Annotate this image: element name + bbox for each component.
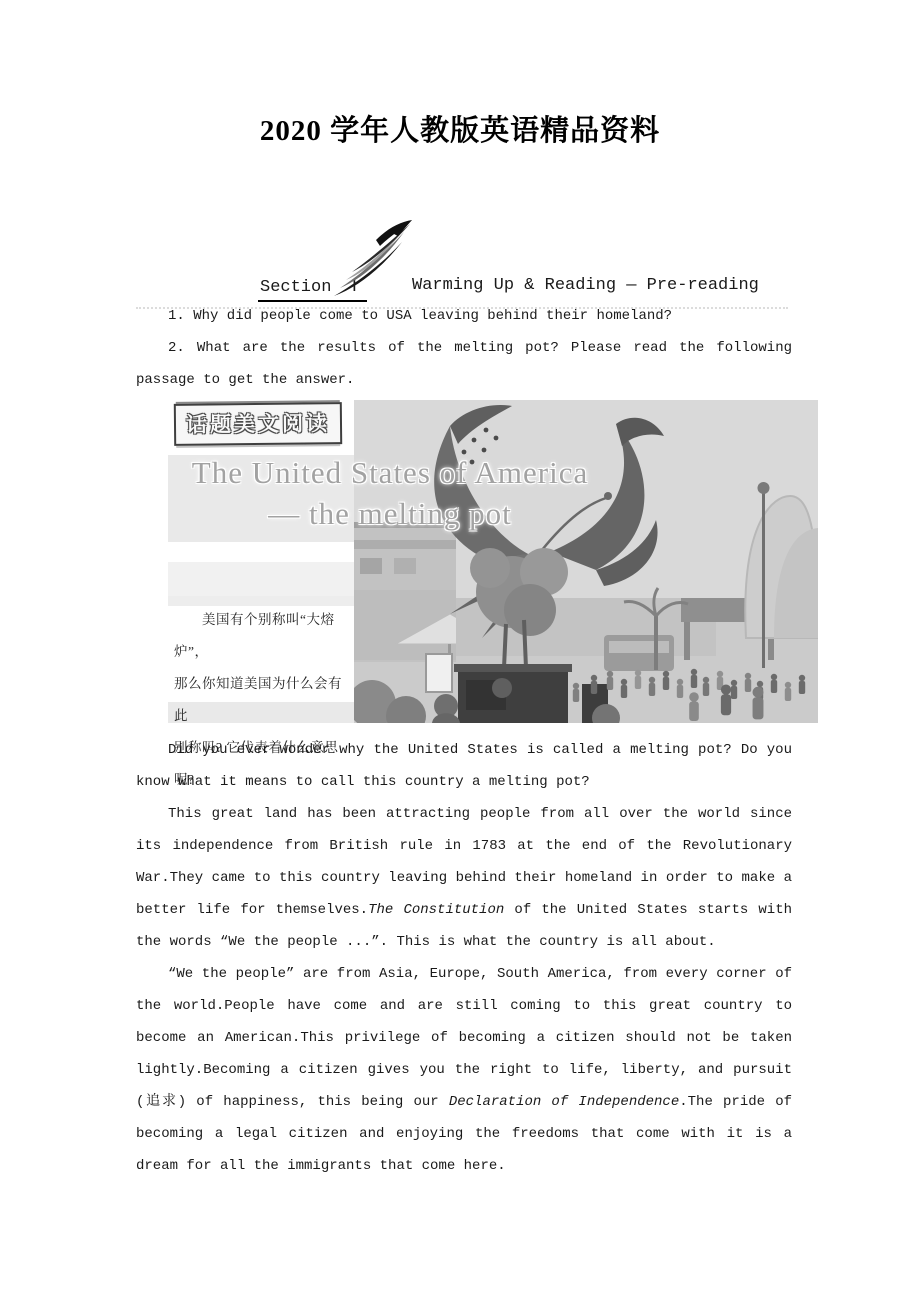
passage: Did you ever wonder why the United State… bbox=[136, 734, 792, 1182]
section-title: Warming Up & Reading — Pre-reading bbox=[412, 276, 759, 295]
document-page: 2020 学年人教版英语精品资料 Section Ⅰ Warming Up & … bbox=[0, 0, 920, 1302]
brush-swoosh-icon bbox=[332, 220, 412, 298]
street-scene-with-crab-sculpture-photo bbox=[354, 400, 818, 723]
reading-card-left-panel: 话题美文阅读 美国有个别称叫“大熔炉”，那么你知道美国为什么会有此别称吗? 它代… bbox=[168, 400, 354, 723]
card-title-line1: The United States of America bbox=[170, 452, 610, 493]
passage-paragraph: This great land has been attracting peop… bbox=[136, 798, 792, 958]
topic-badge: 话题美文阅读 bbox=[174, 402, 342, 446]
pre-reading-questions: 1. Why did people come to USA leaving be… bbox=[136, 300, 792, 396]
chinese-prompt-line: 美国有个别称叫“大熔炉”， bbox=[174, 604, 350, 668]
passage-paragraph: “We the people” are from Asia, Europe, S… bbox=[136, 958, 792, 1182]
doc-title: 2020 学年人教版英语精品资料 bbox=[0, 108, 920, 149]
question-1: 1. Why did people come to USA leaving be… bbox=[136, 300, 792, 332]
passage-paragraph: Did you ever wonder why the United State… bbox=[136, 734, 792, 798]
chinese-prompt-line: 那么你知道美国为什么会有此 bbox=[174, 668, 350, 732]
card-title: The United States of America — the melti… bbox=[170, 452, 610, 534]
card-title-line2: — the melting pot bbox=[170, 493, 610, 534]
question-2: 2. What are the results of the melting p… bbox=[136, 332, 792, 396]
panel-band bbox=[168, 562, 354, 596]
reading-card: 话题美文阅读 美国有个别称叫“大熔炉”，那么你知道美国为什么会有此别称吗? 它代… bbox=[168, 400, 818, 723]
